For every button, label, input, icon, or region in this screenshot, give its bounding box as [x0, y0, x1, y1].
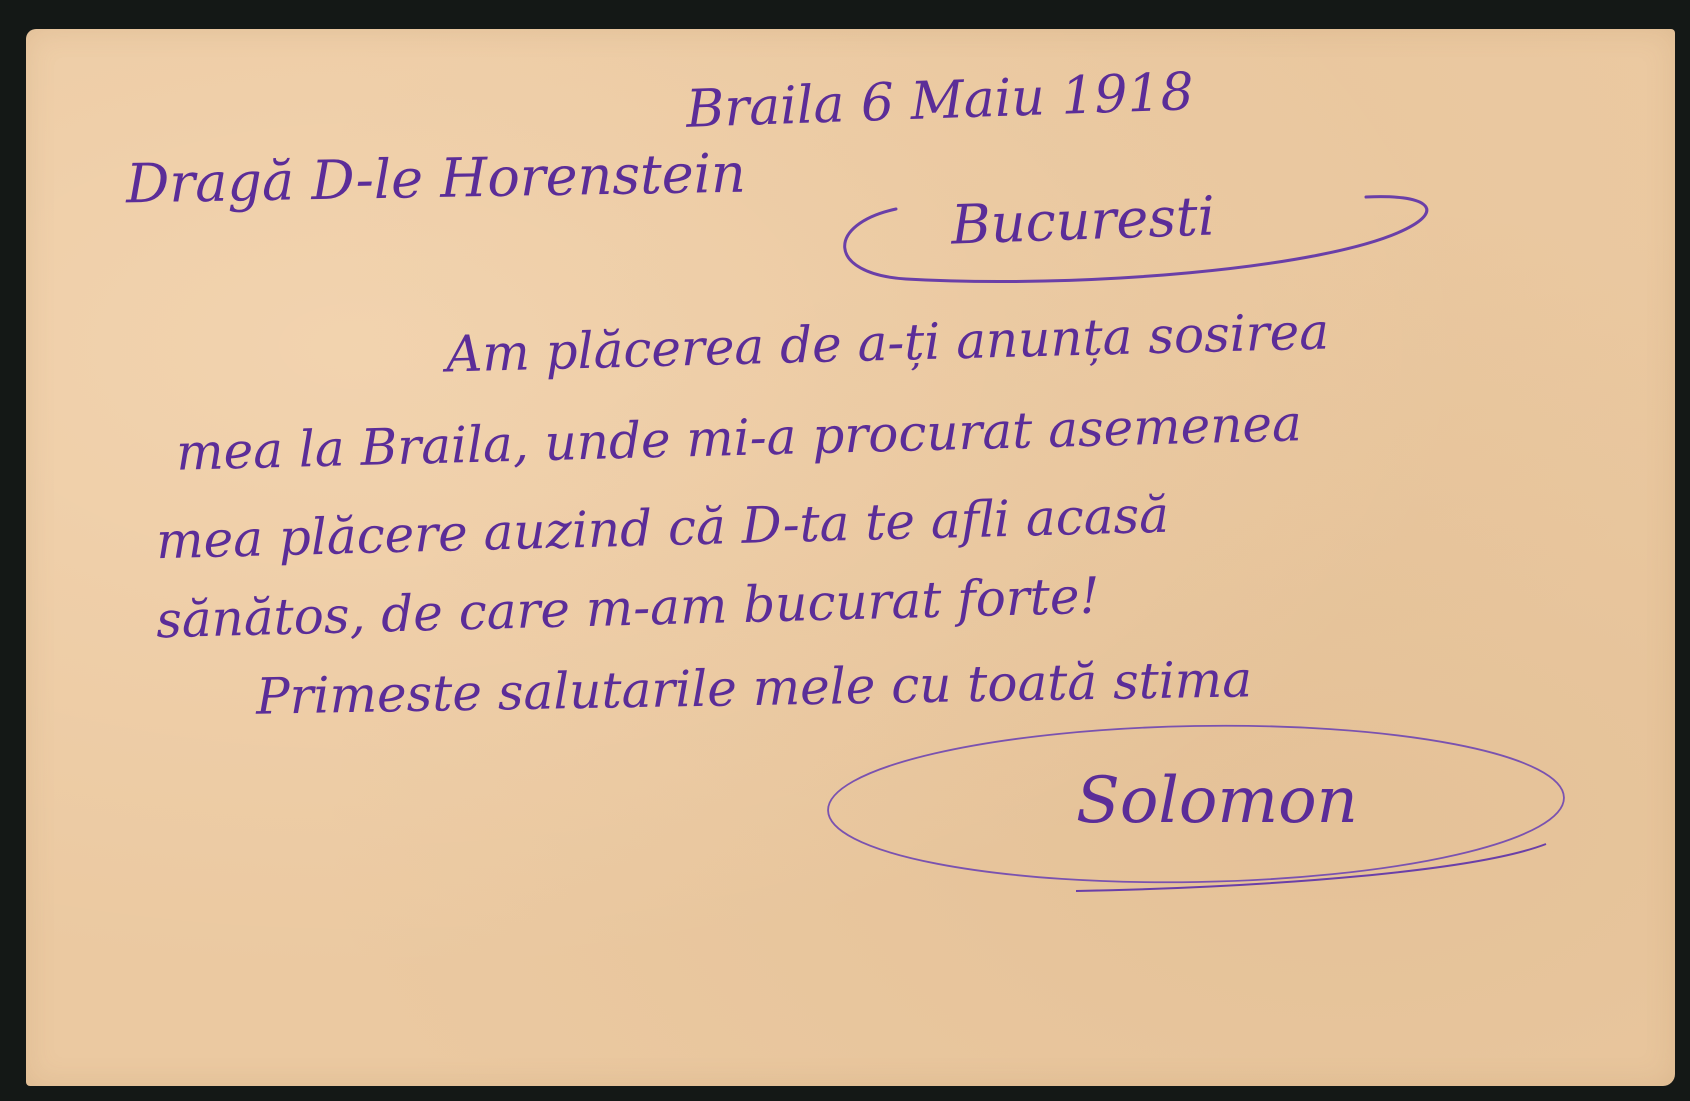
address-city: Bucuresti	[950, 184, 1216, 256]
postcard: Braila 6 Maiu 1918 Dragă D-le Horenstein…	[26, 29, 1675, 1086]
signature: Solomon	[1076, 764, 1358, 838]
salutation: Dragă D-le Horenstein	[125, 142, 746, 216]
